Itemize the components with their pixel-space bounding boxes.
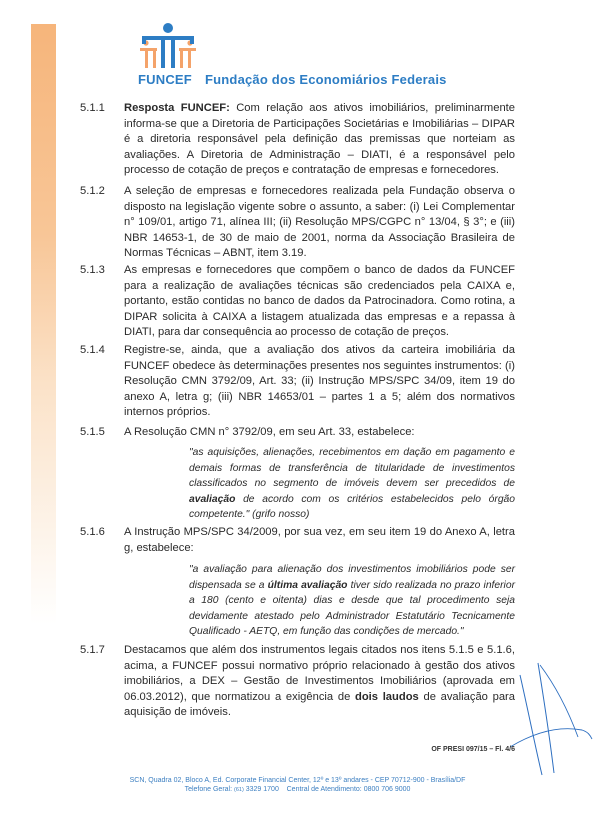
section-item: 5.1.1 Resposta FUNCEF: Com relação aos a… <box>80 101 515 179</box>
item-number: 5.1.1 <box>80 101 120 117</box>
item-emphasis: dois laudos <box>355 691 419 703</box>
funcef-logo-icon <box>140 22 196 72</box>
quote-emphasis: avaliação <box>189 494 235 505</box>
item-lead: Resposta FUNCEF: <box>124 102 230 114</box>
footer-address: SCN, Quadra 02, Bloco A, Ed. Corporate F… <box>0 776 595 785</box>
section-item: 5.1.4 Registre-se, ainda, que a avaliaçã… <box>80 343 515 421</box>
section-item: 5.1.7 Destacamos que além dos instrument… <box>80 643 515 721</box>
item-number: 5.1.5 <box>80 425 120 441</box>
footer-contact: Telefone Geral: (61) 3329 1700 Central d… <box>0 785 595 795</box>
item-number: 5.1.3 <box>80 263 120 279</box>
handwritten-signature-icon <box>510 655 595 780</box>
item-number: 5.1.4 <box>80 343 120 359</box>
legal-quote: "as aquisições, alienações, recebimentos… <box>189 445 515 523</box>
item-body: As empresas e fornecedores que compõem o… <box>124 263 515 341</box>
legal-quote: "a avaliação para alienação dos investim… <box>189 562 515 640</box>
quote-text: de acordo com os critérios estabelecidos… <box>189 494 515 521</box>
service-label: Central de Atendimento: <box>287 786 362 793</box>
item-number: 5.1.2 <box>80 184 120 200</box>
section-item: 5.1.3 As empresas e fornecedores que com… <box>80 263 515 341</box>
footer: SCN, Quadra 02, Bloco A, Ed. Corporate F… <box>0 776 595 795</box>
section-item: 5.1.5 A Resolução CMN n° 3792/09, em seu… <box>80 425 515 441</box>
quote-text: "as aquisições, alienações, recebimentos… <box>189 447 515 489</box>
section-item: 5.1.6 A Instrução MPS/SPC 34/2009, por s… <box>80 525 515 556</box>
service-number: 0800 706 9000 <box>364 786 411 793</box>
brand-name: FUNCEF <box>138 72 192 87</box>
item-body: A seleção de empresas e fornecedores rea… <box>124 184 515 262</box>
item-body: Destacamos que além dos instrumentos leg… <box>124 643 515 721</box>
phone-label: Telefone Geral: <box>185 786 232 793</box>
brand-tagline: Fundação dos Economiários Federais <box>205 72 447 87</box>
item-number: 5.1.7 <box>80 643 120 659</box>
item-number: 5.1.6 <box>80 525 120 541</box>
page-reference: OF PRESI 097/15 – Fl. 4/6 <box>385 746 515 753</box>
side-decorative-stripe <box>31 24 56 624</box>
item-body: Registre-se, ainda, que a avaliação dos … <box>124 343 515 421</box>
quote-emphasis: última avaliação <box>268 580 348 591</box>
item-body: A Resolução CMN n° 3792/09, em seu Art. … <box>124 425 515 441</box>
section-item: 5.1.2 A seleção de empresas e fornecedor… <box>80 184 515 262</box>
phone-area-code: (61) <box>234 787 244 793</box>
phone-number: 3329 1700 <box>246 786 279 793</box>
item-body: A Instrução MPS/SPC 34/2009, por sua vez… <box>124 525 515 556</box>
item-body: Resposta FUNCEF: Com relação aos ativos … <box>124 101 515 179</box>
